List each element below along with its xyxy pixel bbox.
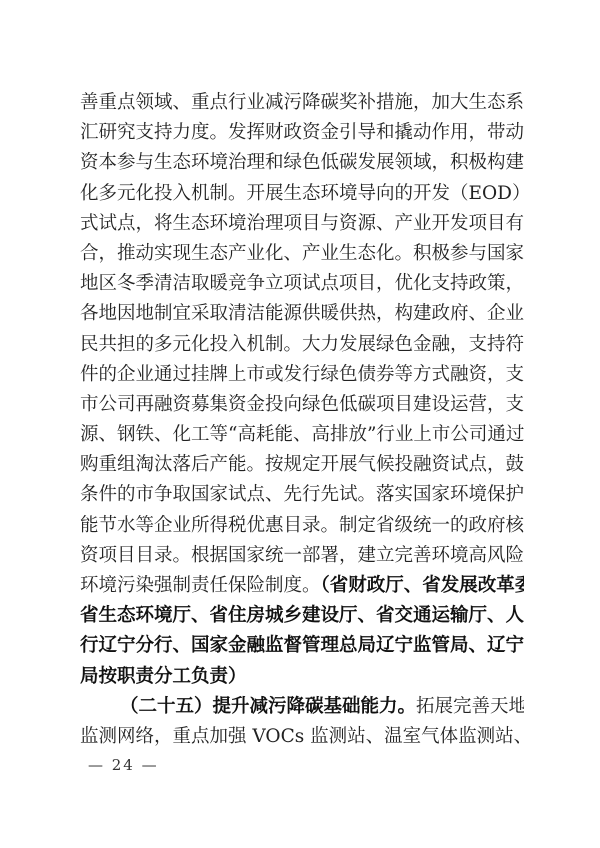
section-25-heading: （二十五）提升减污降碳基础能力。 <box>120 696 416 717</box>
text-line-13: 购重组淘汰落后产能。按规定开展气候投融资试点，鼓励有 <box>80 450 524 480</box>
text-line-6: 合，推动实现生态产业化、产业生态化。积极参与国家北方 <box>80 239 524 269</box>
text-line-15: 能节水等企业所得税优惠目录。制定省级统一的政府核准投 <box>80 511 524 541</box>
responsible-departments-start: （省财政厅、省发展改革委、 <box>321 575 524 596</box>
text-line-9: 民共担的多元化投入机制。大力发展绿色金融，支持符合条 <box>80 330 524 360</box>
text-line-11: 市公司再融资募集资金投向绿色低碳项目建设运营，支持能 <box>80 390 524 420</box>
text-line-14: 条件的市争取国家试点、先行先试。落实国家环境保护、节 <box>80 480 524 510</box>
text-line-22: 监测网络，重点加强 VOCs 监测站、温室气体监测站、大 <box>80 722 524 752</box>
text-line-17-regular: 环境污染强制责任保险制度。 <box>80 575 321 596</box>
document-page: 善重点领域、重点行业减污降碳奖补措施，加大生态系统碳 汇研究支持力度。发挥财政资… <box>0 0 600 848</box>
text-line-4: 化多元化投入机制。开展生态环境导向的开发（EOD）模 <box>80 179 524 209</box>
page-number: — 24 — <box>88 756 159 774</box>
text-line-3: 资本参与生态环境治理和绿色低碳发展领域，积极构建市场 <box>80 148 524 178</box>
section-25-heading-line: （二十五）提升减污降碳基础能力。拓展完善天地一体 <box>80 692 524 722</box>
text-line-5: 式试点，将生态环境治理项目与资源、产业开发项目有效融 <box>80 209 524 239</box>
text-line-12: 源、钢铁、化工等“高耗能、高排放”行业上市公司通过并 <box>80 420 524 450</box>
text-line-8: 各地因地制宜采取清洁能源供暖供热，构建政府、企业、居 <box>80 299 524 329</box>
text-line-2: 汇研究支持力度。发挥财政资金引导和撬动作用，带动社会 <box>80 118 524 148</box>
text-line-7: 地区冬季清洁取暖竞争立项试点项目，优化支持政策，鼓励 <box>80 269 524 299</box>
body-text: 善重点领域、重点行业减污降碳奖补措施，加大生态系统碳 汇研究支持力度。发挥财政资… <box>80 88 524 752</box>
text-line-1: 善重点领域、重点行业减污降碳奖补措施，加大生态系统碳 <box>80 88 524 118</box>
section-25-text: 拓展完善天地一体 <box>416 696 524 717</box>
text-line-10: 件的企业通过挂牌上市或发行绿色债券等方式融资，支持上 <box>80 360 524 390</box>
responsible-departments-line-3: 行辽宁分行、国家金融监督管理总局辽宁监管局、辽宁证监 <box>80 631 524 661</box>
responsible-departments-line-4: 局按职责分工负责） <box>80 662 524 692</box>
responsible-departments-line-2: 省生态环境厅、省住房城乡建设厅、省交通运输厅、人民银 <box>80 601 524 631</box>
text-line-17: 环境污染强制责任保险制度。（省财政厅、省发展改革委、 <box>80 571 524 601</box>
text-line-16: 资项目目录。根据国家统一部署，建立完善环境高风险领域 <box>80 541 524 571</box>
